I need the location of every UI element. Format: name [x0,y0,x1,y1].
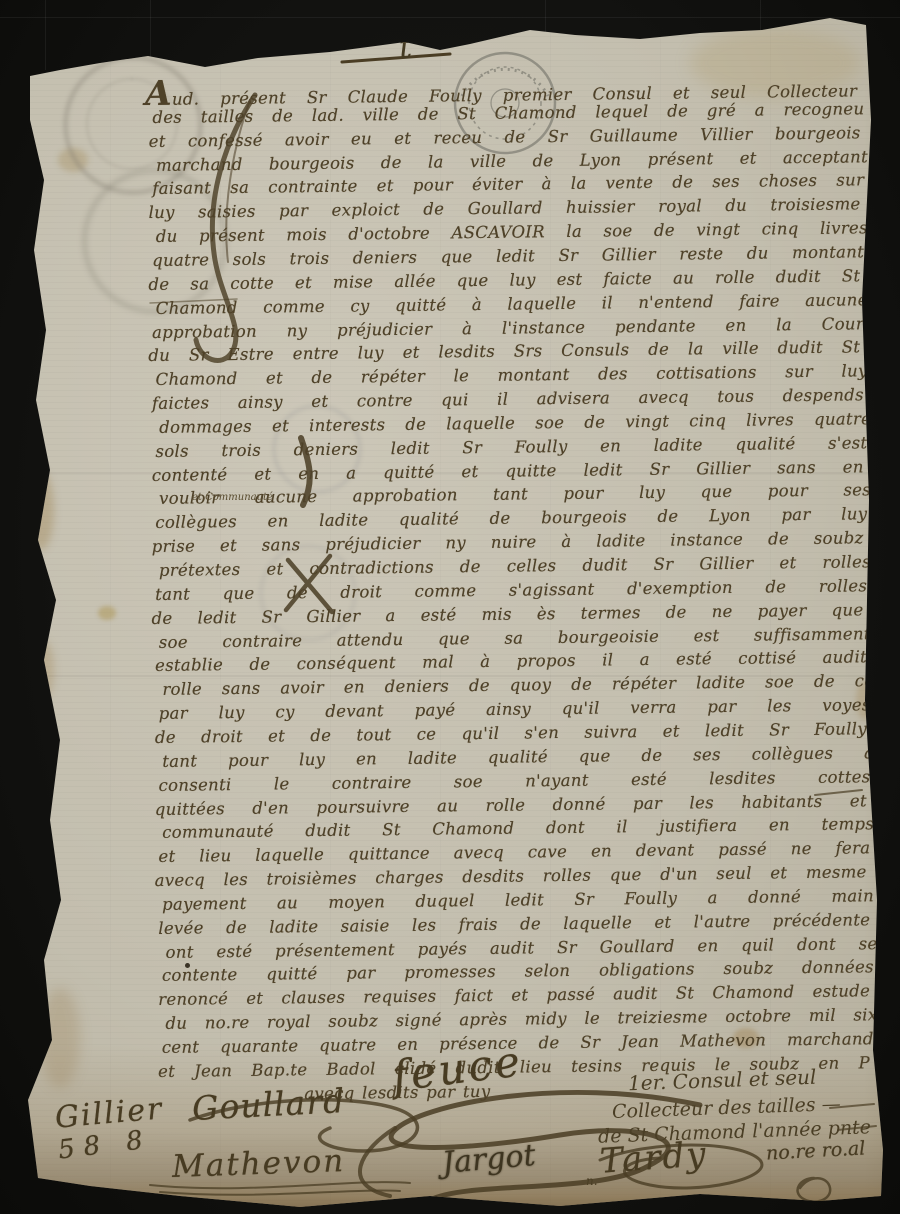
backdrop-scratch-line [0,17,900,18]
photo-canvas: { "page": { "background_color": "#131310… [0,0,900,1214]
catchword: n. [586,1174,598,1188]
backdrop-grid-line [150,0,151,60]
interline-note: et Communauté [192,492,273,503]
backdrop-grid-line [45,0,46,70]
signature-mathevon: Mathevon [171,1143,345,1185]
manuscript-paper: 18. t Aud. présent Sr Claude Foully prem… [0,0,900,1214]
signature-goullard: Goullard [191,1081,346,1128]
manuscript-text: Aud. présent Sr Claude Foully premier Co… [0,0,900,1214]
